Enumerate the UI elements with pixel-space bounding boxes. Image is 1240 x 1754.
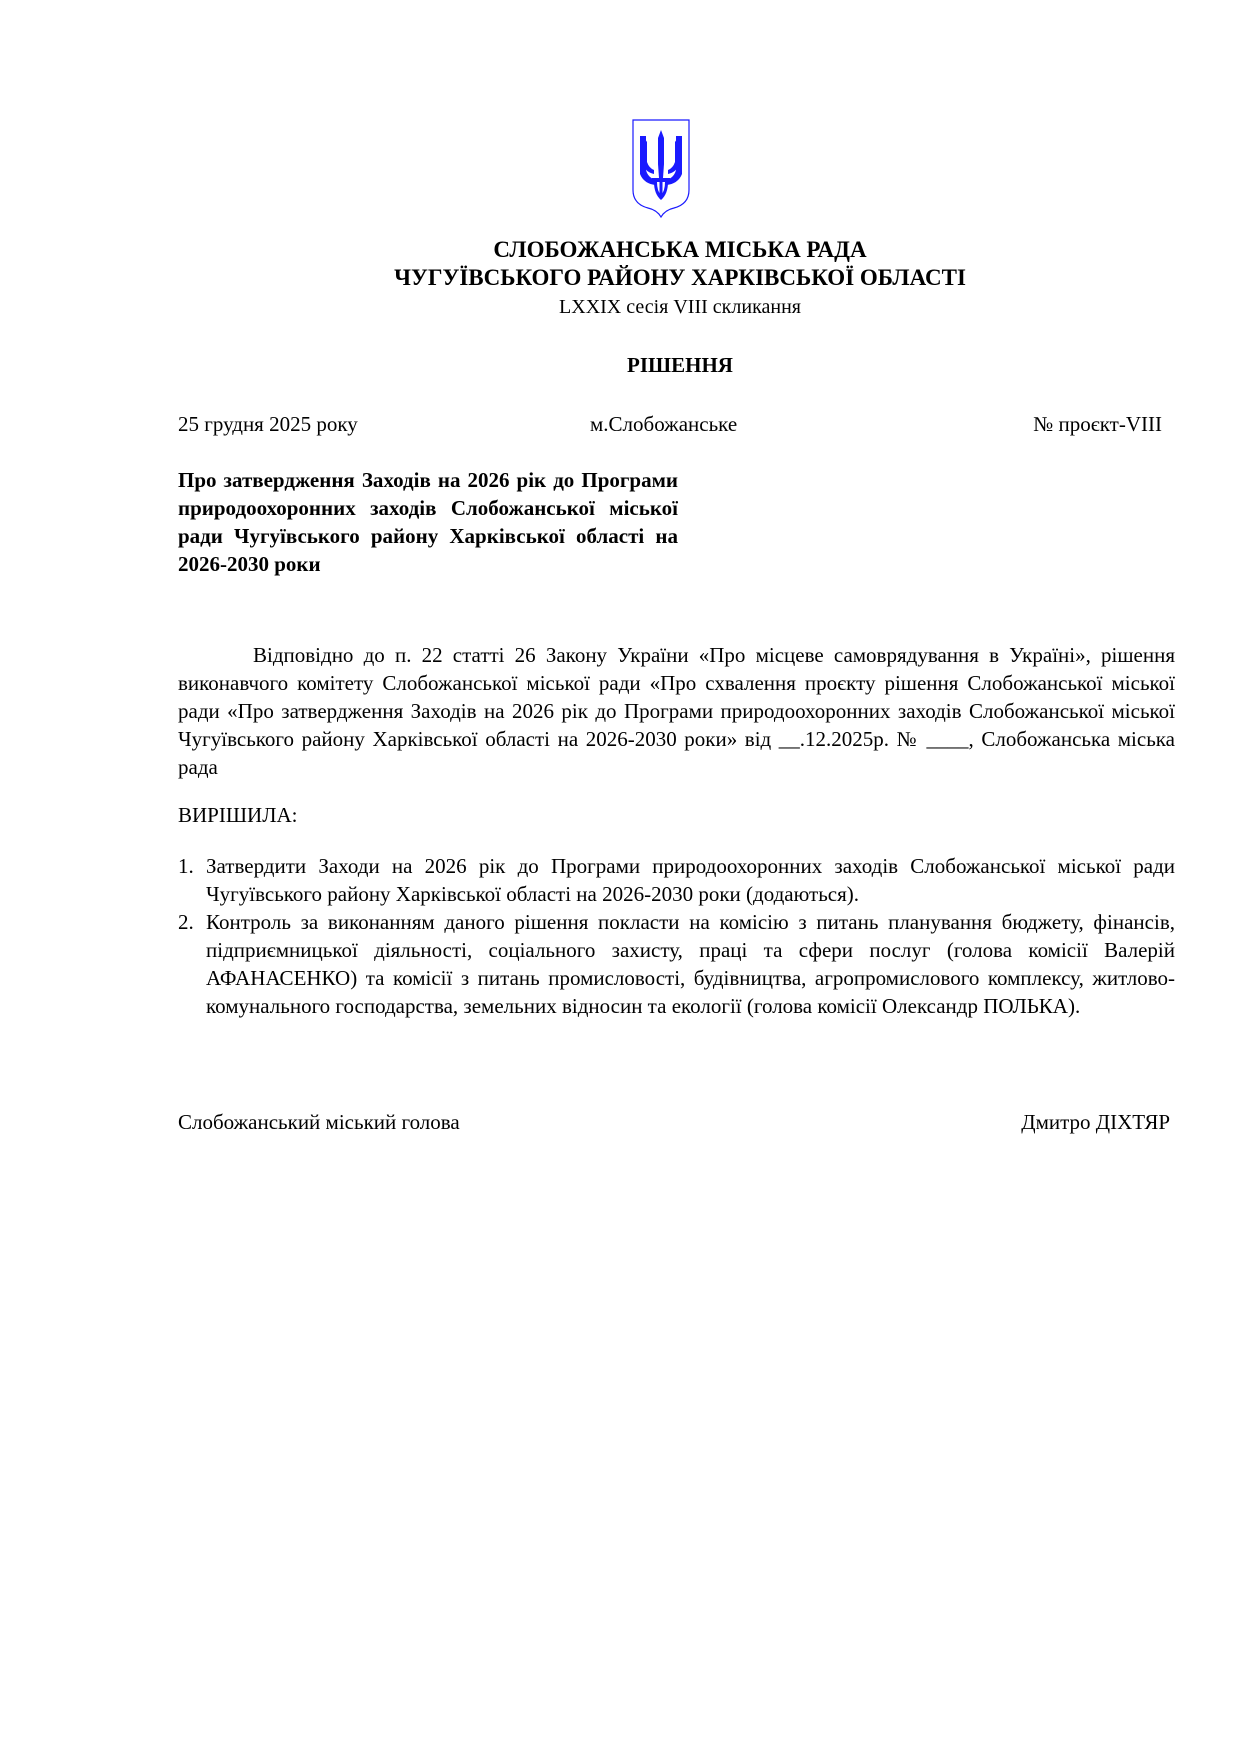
document-subject: Про затвердження Заходів на 2026 рік до …: [178, 466, 678, 578]
decision-text: Затвердити Заходи на 2026 рік до Програм…: [206, 854, 1175, 906]
preamble-paragraph: Відповідно до п. 22 статті 26 Закону Укр…: [178, 641, 1175, 781]
decision-text: Контроль за виконанням даного рішення по…: [206, 910, 1175, 1018]
decision-item: 2. Контроль за виконанням даного рішення…: [178, 908, 1175, 1020]
signatory-name: Дмитро ДІХТЯР: [1021, 1110, 1170, 1135]
decisions-list: 1. Затвердити Заходи на 2026 рік до Прог…: [178, 852, 1175, 1020]
council-name: СЛОБОЖАНСЬКА МІСЬКА РАДА: [0, 237, 1240, 263]
decided-label: ВИРІШИЛА:: [178, 803, 297, 828]
district-name: ЧУГУЇВСЬКОГО РАЙОНУ ХАРКІВСЬКОЇ ОБЛАСТІ: [0, 265, 1240, 291]
signature-block: Слобожанський міський голова Дмитро ДІХТ…: [178, 1110, 1170, 1140]
document-date: 25 грудня 2025 року: [178, 412, 358, 437]
session-info: LXXIX сесія VIII скликання: [0, 296, 1240, 319]
decision-number: 1.: [178, 852, 194, 880]
decision-item: 1. Затвердити Заходи на 2026 рік до Прог…: [178, 852, 1175, 908]
document-number: № проєкт-VIII: [1033, 412, 1162, 437]
document-page: СЛОБОЖАНСЬКА МІСЬКА РАДА ЧУГУЇВСЬКОГО РА…: [0, 0, 1240, 1754]
coat-of-arms-trident-icon: [630, 118, 692, 218]
signatory-role: Слобожанський міський голова: [178, 1110, 460, 1135]
document-meta: 25 грудня 2025 року м.Слобожанське № про…: [178, 412, 1162, 442]
decision-number: 2.: [178, 908, 194, 936]
document-type: РІШЕННЯ: [0, 353, 1240, 378]
document-place: м.Слобожанське: [590, 412, 737, 437]
